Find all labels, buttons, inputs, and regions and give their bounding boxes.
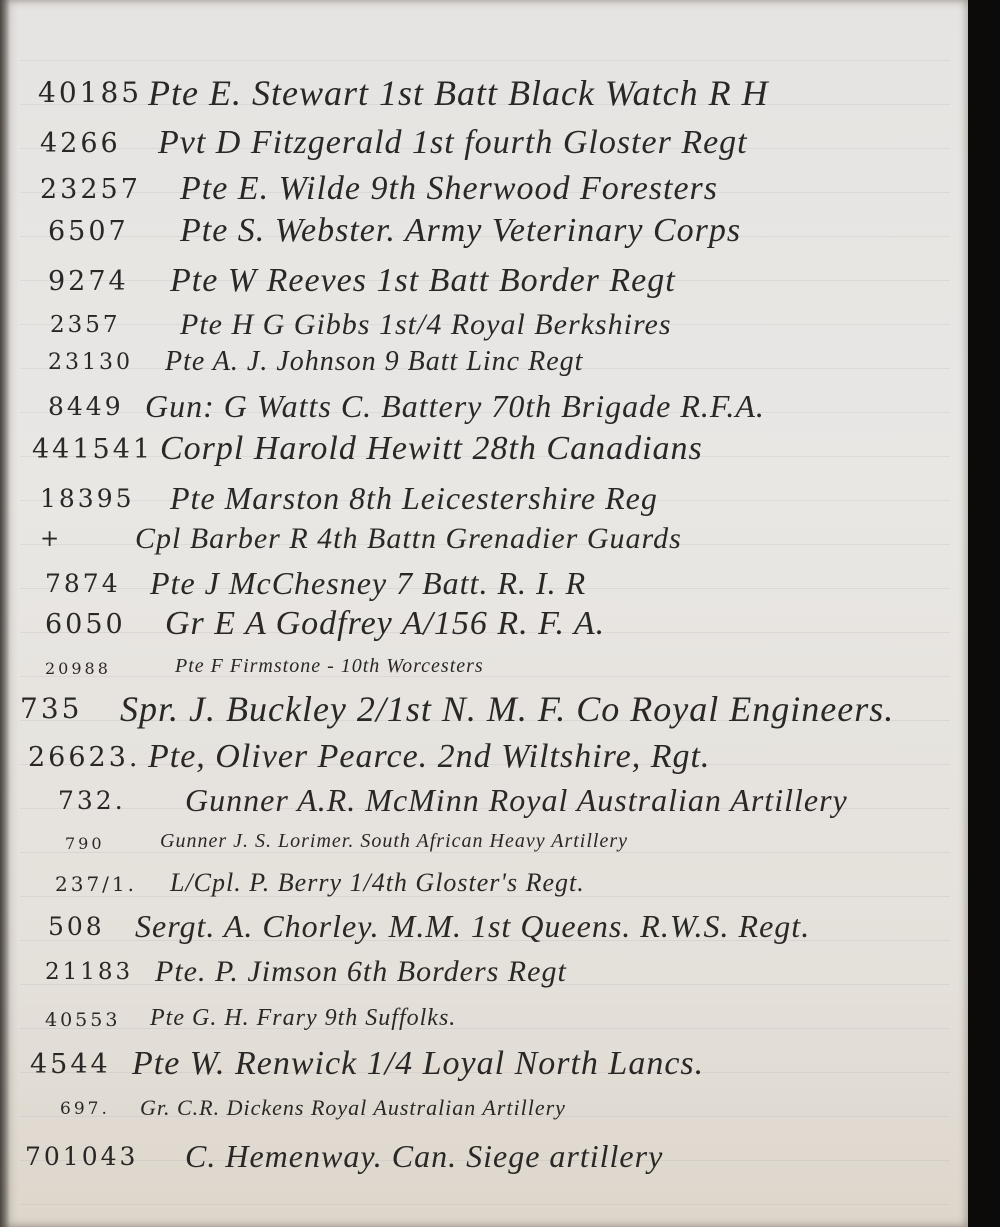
service-number: 6507 — [48, 216, 129, 247]
service-number: + — [40, 526, 62, 552]
register-entry: 23257Pte E. Wilde 9th Sherwood Foresters — [0, 170, 968, 214]
service-number: 441541 — [32, 434, 153, 465]
register-entry: 6507Pte S. Webster. Army Veterinary Corp… — [0, 212, 968, 256]
soldier-name-unit: Cpl Barber R 4th Battn Grenadier Guards — [135, 522, 682, 556]
soldier-name-unit: C. Hemenway. Can. Siege artillery — [185, 1138, 663, 1175]
service-number: 7874 — [45, 569, 121, 598]
register-entry: 23130Pte A. J. Johnson 9 Batt Linc Regt — [0, 346, 968, 384]
register-entry: 40185Pte E. Stewart 1st Batt Black Watch… — [0, 72, 968, 118]
service-number: 508 — [48, 912, 105, 941]
register-entry: 790Gunner J. S. Lorimer. South African H… — [0, 830, 968, 860]
service-number: 237/1. — [55, 872, 137, 896]
soldier-name-unit: Gr E A Godfrey A/156 R. F. A. — [165, 605, 605, 643]
service-number: 4266 — [40, 128, 121, 159]
soldier-name-unit: Pte, Oliver Pearce. 2nd Wiltshire, Rgt. — [148, 738, 710, 776]
soldier-name-unit: Pte H G Gibbs 1st/4 Royal Berkshires — [180, 308, 672, 342]
service-number: 8449 — [48, 392, 124, 421]
soldier-name-unit: Spr. J. Buckley 2/1st N. M. F. Co Royal … — [120, 688, 894, 730]
soldier-name-unit: Pte E. Stewart 1st Batt Black Watch R H — [148, 72, 769, 114]
soldier-name-unit: Gunner J. S. Lorimer. South African Heav… — [160, 830, 628, 853]
register-entry: 26623.Pte, Oliver Pearce. 2nd Wiltshire,… — [0, 738, 968, 782]
soldier-name-unit: Gr. C.R. Dickens Royal Australian Artill… — [140, 1095, 566, 1121]
register-entry: 2357Pte H G Gibbs 1st/4 Royal Berkshires — [0, 308, 968, 348]
register-entry: 8449Gun: G Watts C. Battery 70th Brigade… — [0, 388, 968, 430]
register-entry: 9274Pte W Reeves 1st Batt Border Regt — [0, 262, 968, 306]
soldier-name-unit: Gunner A.R. McMinn Royal Australian Arti… — [185, 782, 848, 819]
service-number: 4544 — [30, 1049, 111, 1080]
register-entry: +Cpl Barber R 4th Battn Grenadier Guards — [0, 522, 968, 562]
service-number: 18395 — [40, 484, 135, 513]
soldier-name-unit: Pte E. Wilde 9th Sherwood Foresters — [180, 170, 718, 208]
service-number: 9274 — [48, 266, 129, 297]
register-entry: 7874Pte J McChesney 7 Batt. R. I. R — [0, 565, 968, 607]
register-entry: 732.Gunner A.R. McMinn Royal Australian … — [0, 782, 968, 824]
service-number: 732. — [58, 786, 126, 815]
register-entry: 6050Gr E A Godfrey A/156 R. F. A. — [0, 605, 968, 649]
soldier-name-unit: Pvt D Fitzgerald 1st fourth Gloster Regt — [158, 124, 748, 162]
soldier-name-unit: Pte Marston 8th Leicestershire Reg — [170, 480, 658, 517]
register-entry: 735Spr. J. Buckley 2/1st N. M. F. Co Roy… — [0, 688, 968, 734]
register-entry: 237/1.L/Cpl. P. Berry 1/4th Gloster's Re… — [0, 868, 968, 904]
book-edge — [968, 0, 1000, 1227]
register-entry: 20988Pte F Firmstone - 10th Worcesters — [0, 655, 968, 685]
register-entry: 441541Corpl Harold Hewitt 28th Canadians — [0, 430, 968, 474]
register-entry: 40553Pte G. H. Frary 9th Suffolks. — [0, 1005, 968, 1039]
soldier-name-unit: Pte W. Renwick 1/4 Loyal North Lancs. — [132, 1045, 704, 1083]
register-entry: 697.Gr. C.R. Dickens Royal Australian Ar… — [0, 1095, 968, 1127]
soldier-name-unit: Sergt. A. Chorley. M.M. 1st Queens. R.W.… — [135, 908, 810, 945]
register-entry: 21183Pte. P. Jimson 6th Borders Regt — [0, 955, 968, 995]
service-number: 701043 — [25, 1142, 138, 1171]
register-entry: 4544Pte W. Renwick 1/4 Loyal North Lancs… — [0, 1045, 968, 1089]
service-number: 20988 — [45, 659, 111, 678]
soldier-name-unit: Pte A. J. Johnson 9 Batt Linc Regt — [165, 346, 583, 378]
soldier-name-unit: Pte G. H. Frary 9th Suffolks. — [150, 1005, 456, 1032]
register-entry: 18395Pte Marston 8th Leicestershire Reg — [0, 480, 968, 522]
register-entry: 701043C. Hemenway. Can. Siege artillery — [0, 1138, 968, 1180]
service-number: 23130 — [48, 350, 133, 375]
soldier-name-unit: Pte J McChesney 7 Batt. R. I. R — [150, 565, 586, 602]
service-number: 790 — [65, 834, 105, 853]
service-number: 40553 — [45, 1009, 120, 1031]
ruled-line — [20, 1204, 950, 1205]
soldier-name-unit: L/Cpl. P. Berry 1/4th Gloster's Regt. — [170, 868, 585, 898]
service-number: 23257 — [40, 174, 141, 205]
register-entry: 508Sergt. A. Chorley. M.M. 1st Queens. R… — [0, 908, 968, 950]
service-number: 697. — [60, 1099, 110, 1119]
service-number: 735 — [20, 692, 82, 725]
soldier-name-unit: Corpl Harold Hewitt 28th Canadians — [160, 430, 703, 468]
service-number: 40185 — [38, 76, 142, 109]
service-number: 2357 — [50, 312, 121, 338]
soldier-name-unit: Pte S. Webster. Army Veterinary Corps — [180, 212, 741, 250]
ruled-line — [20, 60, 950, 61]
soldier-name-unit: Gun: G Watts C. Battery 70th Brigade R.F… — [145, 388, 765, 425]
register-entry: 4266Pvt D Fitzgerald 1st fourth Gloster … — [0, 124, 968, 168]
service-number: 26623. — [28, 742, 140, 773]
register-page: 40185Pte E. Stewart 1st Batt Black Watch… — [0, 0, 968, 1227]
soldier-name-unit: Pte F Firmstone - 10th Worcesters — [175, 655, 484, 678]
service-number: 6050 — [45, 609, 126, 640]
service-number: 21183 — [45, 959, 133, 985]
soldier-name-unit: Pte. P. Jimson 6th Borders Regt — [155, 955, 567, 989]
soldier-name-unit: Pte W Reeves 1st Batt Border Regt — [170, 262, 676, 300]
